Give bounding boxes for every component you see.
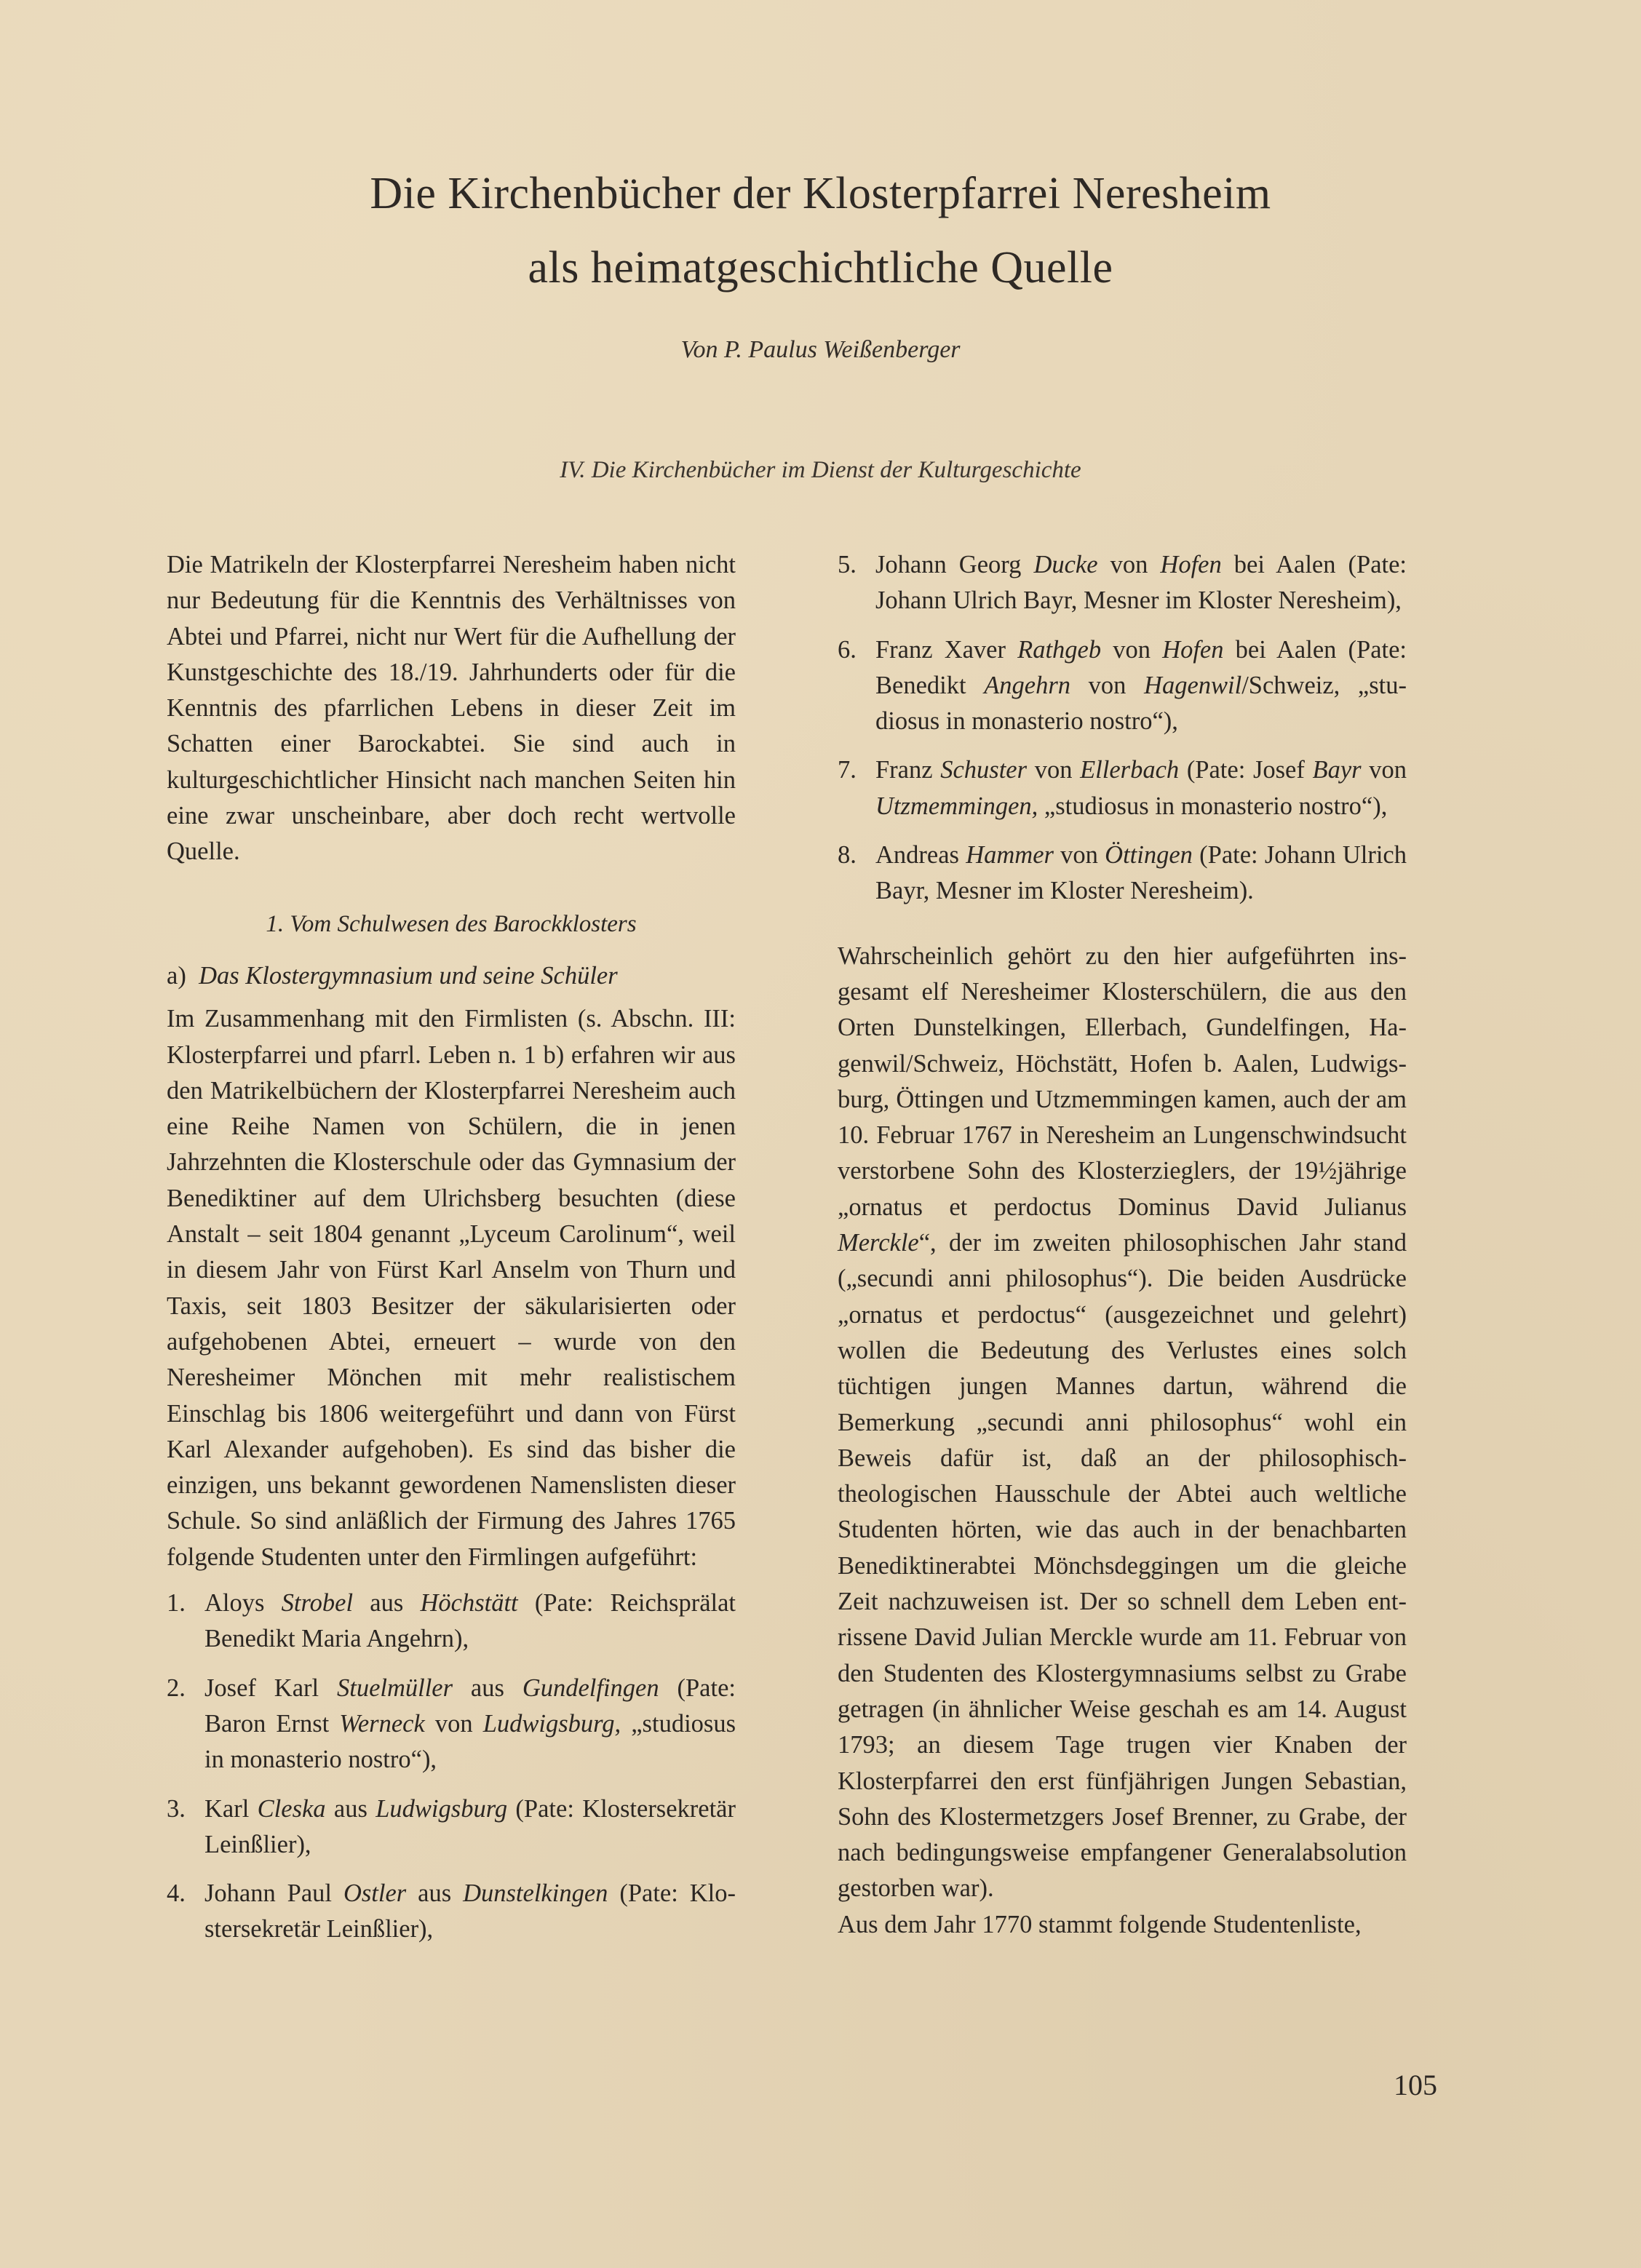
student-surname: Ducke (1033, 551, 1097, 578)
list-item: 1. Aloys Strobel aus Höchstätt (Pate: Re… (167, 1585, 736, 1658)
school-paragraph: Im Zusammenhang mit den Firmlisten (s. A… (167, 1001, 736, 1575)
section-heading: IV. Die Kirchenbücher im Dienst der Kult… (0, 457, 1641, 484)
student-surname: Hammer (966, 841, 1054, 869)
student-list-1765-part2: 5. Johann Georg Ducke von Hofen bei Aale… (838, 547, 1407, 910)
student-list-1770-intro: Aus dem Jahr 1770 stammt folgende Studen… (838, 1907, 1407, 1943)
list-item: 4. Johann Paul Ostler aus Dunstelkingen … (167, 1876, 736, 1948)
subsubsection-title: Das Klostergymnasium und seine Schüler (199, 962, 618, 990)
title-line-1: Die Kirchenbücher der Klosterpfarrei Ner… (0, 156, 1641, 231)
page-number: 105 (1394, 2068, 1437, 2102)
place-name: Öttingen (1105, 841, 1193, 869)
subsection-heading: 1. Vom Schulwesen des Barockklosters (167, 907, 736, 942)
title-line-2: als heimatgeschichtliche Quelle (0, 231, 1641, 305)
student-list-1765-part1: 1. Aloys Strobel aus Höchstätt (Pate: Re… (167, 1585, 736, 1948)
place-name: Hagenwil (1144, 672, 1241, 699)
place-name: Utzmemmingen, (875, 792, 1038, 820)
student-surname: Cleska (258, 1795, 326, 1823)
list-item: 5. Johann Georg Ducke von Hofen bei Aale… (838, 547, 1407, 619)
student-surname: Ostler (343, 1879, 406, 1907)
author-byline: Von P. Paulus Weißenberger (0, 336, 1641, 364)
list-item: 2. Josef Karl Stuelmüller aus Gundelfing… (167, 1671, 736, 1778)
place-name: Dunstelkingen (463, 1879, 608, 1907)
list-number: 8. (838, 837, 857, 873)
student-surname: Rathgeb (1017, 636, 1101, 664)
merckle-paragraph: Wahrscheinlich gehört zu den hier aufgef… (838, 939, 1407, 1907)
place-name: Hofen (1160, 551, 1221, 578)
place-name: Ludwigsburg (376, 1795, 507, 1823)
left-column: Die Matrikeln der Klosterpfarrei Nereshe… (167, 547, 736, 1961)
place-name: Ellerbach (1080, 756, 1179, 784)
list-item: 8. Andreas Hammer von Öttingen (Pate: Jo… (838, 837, 1407, 910)
sponsor-surname: Werneck (339, 1710, 425, 1738)
subsubsection-heading: a) Das Klostergymnasium und seine Schüle… (167, 958, 736, 994)
student-surname: Strobel (282, 1589, 353, 1617)
student-surname: Schuster (940, 756, 1027, 784)
place-name: Ludwigsburg, (483, 1710, 621, 1738)
intro-paragraph: Die Matrikeln der Klosterpfarrei Nereshe… (167, 547, 736, 870)
student-surname: Stuelmüller (337, 1674, 453, 1702)
list-item: 3. Karl Cleska aus Ludwigsburg (Pate: Kl… (167, 1791, 736, 1863)
list-number: 6. (838, 632, 857, 668)
subsubsection-marker: a) (167, 962, 186, 990)
list-number: 3. (167, 1791, 186, 1827)
place-name: Hofen (1162, 636, 1223, 664)
list-number: 7. (838, 752, 857, 788)
sponsor-surname: Bayr (1313, 756, 1362, 784)
article-title: Die Kirchenbücher der Klosterpfarrei Ner… (0, 156, 1641, 305)
place-name: Gundelfingen (523, 1674, 659, 1702)
list-number: 2. (167, 1671, 186, 1706)
list-item: 6. Franz Xaver Rathgeb von Hofen bei Aal… (838, 632, 1407, 740)
document-page: Die Kirchenbücher der Klosterpfarrei Ner… (0, 0, 1641, 2268)
list-number: 5. (838, 547, 857, 583)
sponsor-surname: Angehrn (984, 672, 1070, 699)
student-surname: Merckle (838, 1229, 919, 1257)
list-item: 7. Franz Schuster von Ellerbach (Pate: J… (838, 752, 1407, 824)
place-name: Höchstätt (420, 1589, 517, 1617)
list-number: 1. (167, 1585, 186, 1621)
list-number: 4. (167, 1876, 186, 1911)
right-column: 5. Johann Georg Ducke von Hofen bei Aale… (838, 547, 1407, 1943)
